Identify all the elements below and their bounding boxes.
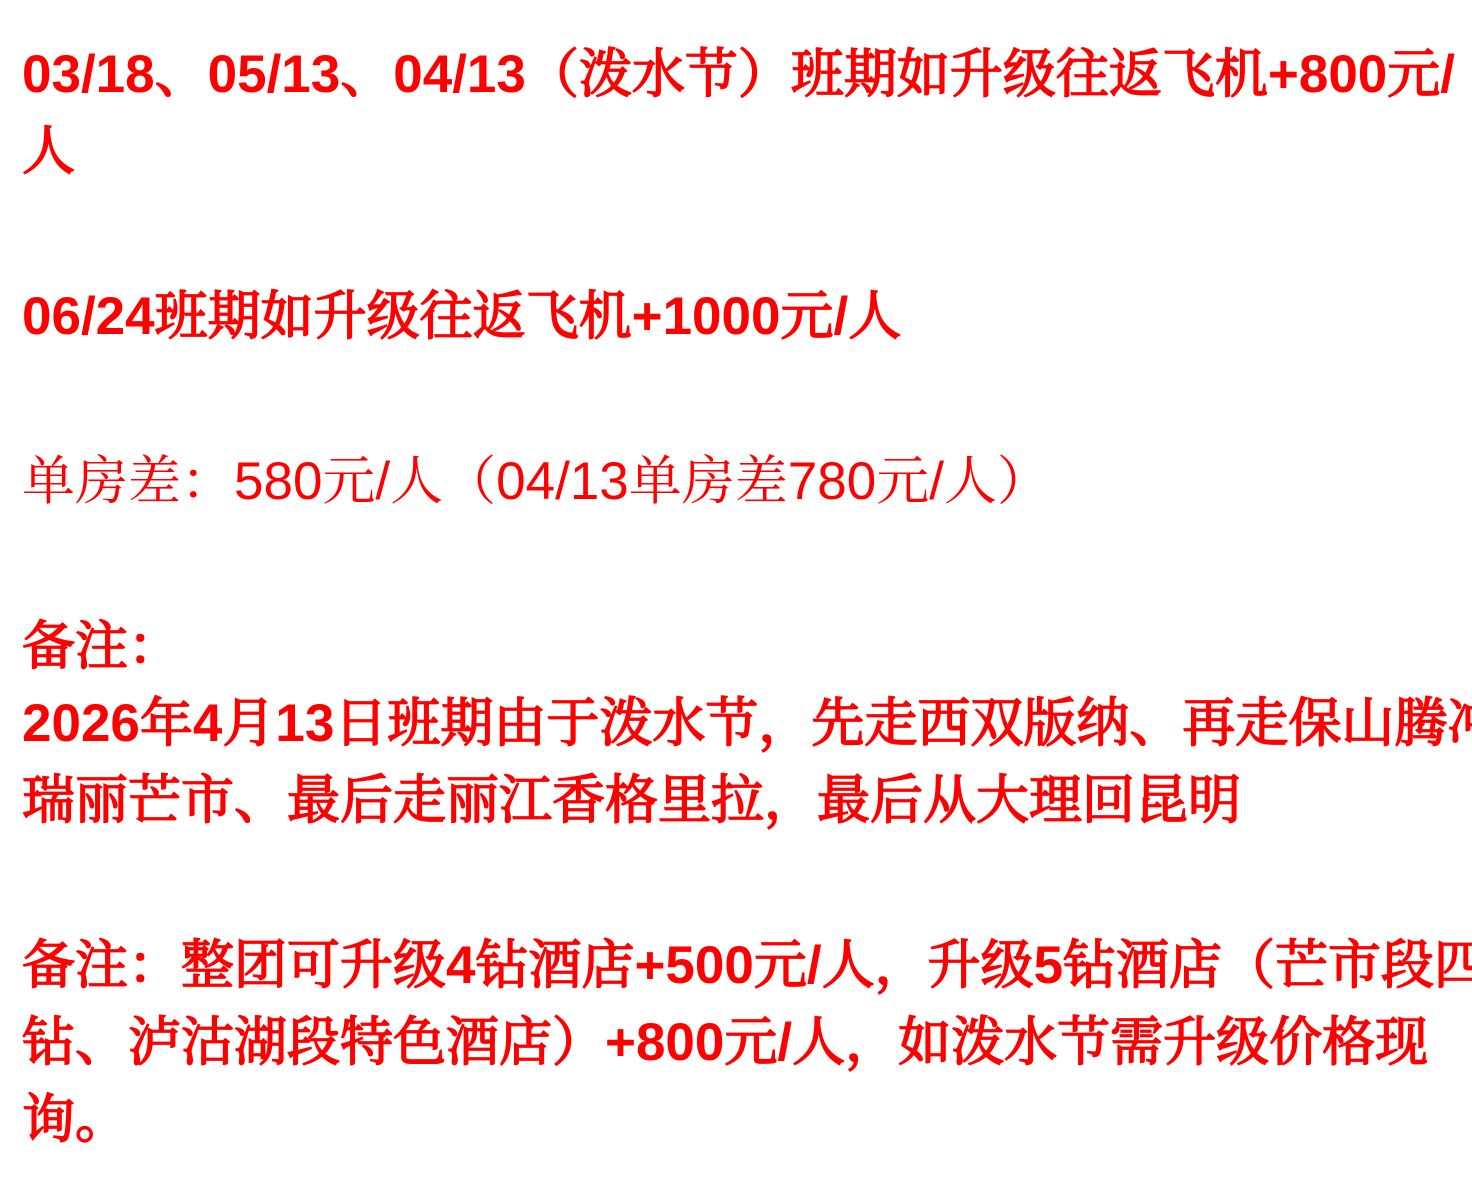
text-line: 备注：整团可升级4钻酒店+500元/人，升级5钻酒店（芒市段四: [22, 927, 1452, 1004]
text-line: 06/24班期如升级往返飞机+1000元/人: [22, 278, 1452, 355]
paragraph-flight-upgrade-2: 06/24班期如升级往返飞机+1000元/人: [22, 278, 1452, 355]
text-line: 03/18、05/13、04/13（泼水节）班期如升级往返飞机+800元/: [22, 36, 1452, 113]
text-line: 备注：: [22, 608, 1452, 685]
paragraph-single-room-surcharge: 单房差：580元/人（04/13单房差780元/人）: [22, 443, 1452, 520]
paragraph-remark-hotel-upgrade: 备注：整团可升级4钻酒店+500元/人，升级5钻酒店（芒市段四 钻、泸沽湖段特色…: [22, 927, 1452, 1158]
text-line: 询。: [22, 1081, 1452, 1158]
travel-price-notice: 03/18、05/13、04/13（泼水节）班期如升级往返飞机+800元/ 人 …: [0, 0, 1472, 1158]
text-line: 2026年4月13日班期由于泼水节，先走西双版纳、再走保山腾冲: [22, 685, 1452, 762]
text-line: 单房差：580元/人（04/13单房差780元/人）: [22, 443, 1452, 520]
text-line: 人: [22, 113, 1452, 190]
text-line: 瑞丽芒市、最后走丽江香格里拉，最后从大理回昆明: [22, 762, 1452, 839]
paragraph-flight-upgrade-1: 03/18、05/13、04/13（泼水节）班期如升级往返飞机+800元/ 人: [22, 36, 1452, 190]
text-line: 钻、泸沽湖段特色酒店）+800元/人，如泼水节需升级价格现: [22, 1004, 1452, 1081]
paragraph-remark-route: 备注： 2026年4月13日班期由于泼水节，先走西双版纳、再走保山腾冲 瑞丽芒市…: [22, 608, 1452, 839]
